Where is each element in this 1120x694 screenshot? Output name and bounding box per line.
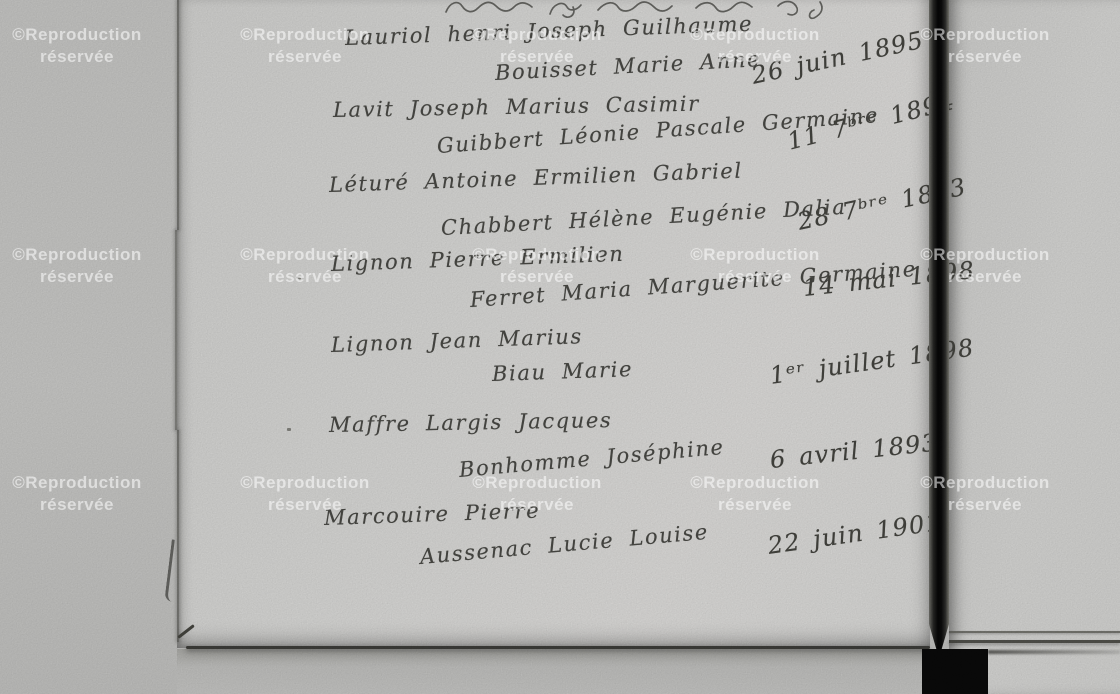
entry-husband-name: Maffre Largis Jacques xyxy=(329,408,613,437)
page-crease-line xyxy=(949,631,1120,633)
book-gutter-shadow xyxy=(929,0,949,650)
copyright-watermark: ©Reproductionréservée xyxy=(0,244,192,288)
copyright-watermark: ©Reproductionréservée xyxy=(0,472,192,516)
watermark-line1: ©Reproduction xyxy=(0,244,192,266)
under-page-surface xyxy=(177,649,930,694)
facing-page xyxy=(949,0,1120,694)
scanned-register-page: Lauriol henri Joseph Guilhaume Bouisset … xyxy=(0,0,1120,694)
ink-speck xyxy=(287,428,291,431)
page-left-edge xyxy=(177,0,179,230)
watermark-line2: réservée xyxy=(0,494,192,516)
page-bottom-edge xyxy=(186,646,930,649)
page-crease-line xyxy=(949,640,1120,643)
watermark-line2: réservée xyxy=(0,46,192,68)
watermark-line1: ©Reproduction xyxy=(0,24,192,46)
watermark-line2: réservée xyxy=(0,266,192,288)
entry-wife-name: Biau Marie xyxy=(492,357,634,386)
black-corner-block xyxy=(922,649,988,694)
page-crease-shadow xyxy=(988,650,1120,654)
watermark-line1: ©Reproduction xyxy=(0,472,192,494)
page-left-edge xyxy=(177,430,179,642)
page-left-edge xyxy=(175,230,177,430)
copyright-watermark: ©Reproductionréservée xyxy=(0,24,192,68)
